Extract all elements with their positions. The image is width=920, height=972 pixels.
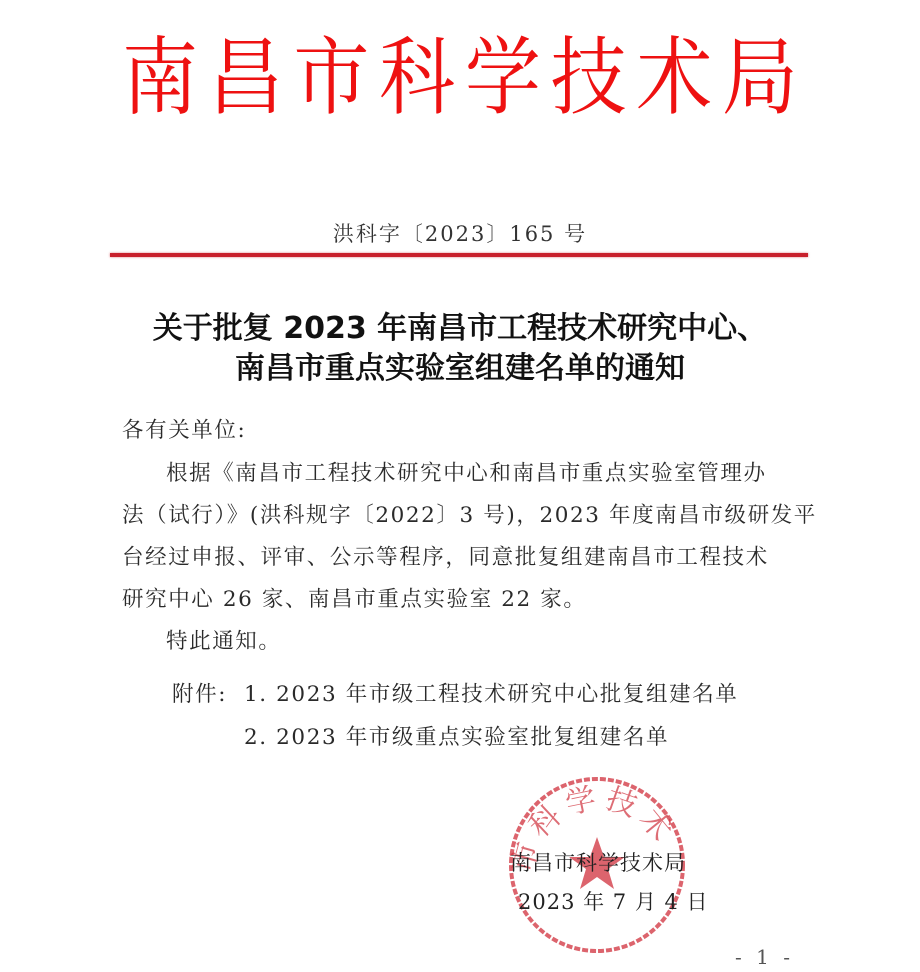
paragraph-line: 台经过申报、评审、公示等程序，同意批复组建南昌市工程技术 xyxy=(122,540,769,571)
paragraph-line: 法（试行）》(洪科规字〔2022〕3 号)，2023 年度南昌市级研发平 xyxy=(122,498,817,529)
issuer-signature: 南昌市科学技术局 xyxy=(510,847,686,877)
page-number: - 1 - xyxy=(735,945,794,969)
masthead-char: 科 xyxy=(379,35,455,120)
issue-date: 2023 年 7 月 4 日 xyxy=(518,886,709,916)
attachment-item-1: 1. 2023 年市级工程技术研究中心批复组建名单 xyxy=(244,677,738,708)
attachment-item-2: 2. 2023 年市级重点实验室批复组建名单 xyxy=(244,720,669,751)
document-title-line-1: 关于批复 2023 年南昌市工程技术研究中心、 xyxy=(0,303,920,347)
masthead-char: 市 xyxy=(293,35,369,120)
document-title-line-2: 南昌市重点实验室组建名单的通知 xyxy=(0,343,920,387)
attachments-label: 附件: xyxy=(172,677,227,708)
masthead-agency-name: 南 昌 市 科 学 技 术 局 xyxy=(122,28,798,128)
masthead-char: 技 xyxy=(551,35,627,120)
document-number: 洪科字〔2023〕165 号 xyxy=(0,218,920,248)
masthead-char: 局 xyxy=(722,35,798,120)
red-divider-line xyxy=(110,253,808,257)
paragraph-line: 根据《南昌市工程技术研究中心和南昌市重点实验室管理办 xyxy=(166,456,767,487)
paragraph-line: 研究中心 26 家、南昌市重点实验室 22 家。 xyxy=(122,582,586,613)
masthead-char: 南 xyxy=(122,35,198,120)
closing-text: 特此通知。 xyxy=(166,624,282,655)
salutation: 各有关单位: xyxy=(122,413,246,444)
masthead-char: 学 xyxy=(465,35,541,120)
masthead-char: 昌 xyxy=(208,35,284,120)
masthead-char: 术 xyxy=(636,35,712,120)
